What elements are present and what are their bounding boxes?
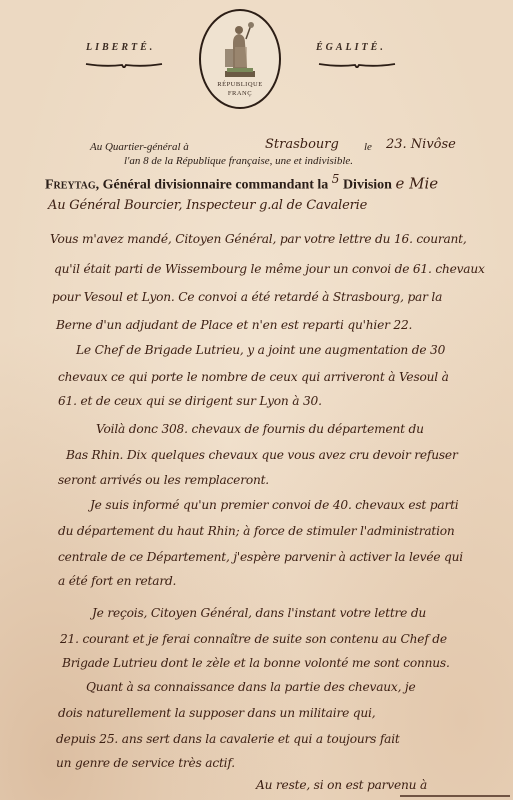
date-prefix: le [364, 141, 372, 153]
letter-line: Voilà donc 308. chevaux de fournis du dé… [96, 422, 424, 436]
letter-line: 61. et de ceux qui se dirigent sur Lyon … [58, 394, 322, 408]
letter-line: Quant à sa connaissance dans la partie d… [86, 680, 416, 694]
motto-egalite: ÉGALITÉ. [316, 42, 386, 53]
letter-line: Vous m'avez mandé, Citoyen Général, par … [50, 232, 467, 246]
republic-seal: RÉPUBLIQUE FRANÇ [199, 9, 281, 109]
republic-year-line: l'an 8 de la République française, une e… [124, 155, 353, 167]
underline-rule [400, 795, 510, 797]
date-value: 23. Nivôse [386, 137, 456, 152]
headquarters-line: Au Quartier-général à Strasbourg le 23. … [90, 141, 189, 153]
division-number: 5 [332, 172, 340, 186]
letter-line: Le Chef de Brigade Lutrieu, y a joint un… [76, 343, 445, 357]
letter-line: dois naturellement la supposer dans un m… [58, 706, 375, 720]
letter-line: depuis 25. ans sert dans la cavalerie et… [56, 732, 400, 746]
flourish-left-icon [85, 62, 163, 68]
author-heading: Freytag, Général divisionnaire commandan… [45, 172, 438, 194]
letter-page: LIBERTÉ. RÉPUBLIQUE FRANÇ ÉGALITÉ. Au Qu… [0, 0, 513, 800]
letter-line: 21. courant et je ferai connaître de sui… [60, 632, 447, 646]
author-name: Freytag [45, 178, 96, 193]
seal-text-republique: RÉPUBLIQUE [201, 81, 279, 88]
letter-line: chevaux ce qui porte le nombre de ceux q… [58, 370, 449, 384]
division-suffix: e Mie [395, 175, 438, 193]
division-word: Division [343, 178, 392, 193]
motto-liberte: LIBERTÉ. [86, 42, 155, 53]
hq-prefix: Au Quartier-général à [90, 141, 189, 153]
letter-line: pour Vesoul et Lyon. Ce convoi a été ret… [52, 290, 442, 304]
letter-line: Bas Rhin. Dix quelques chevaux que vous … [66, 448, 458, 462]
liberty-figure-icon [219, 21, 261, 79]
letter-line: un genre de service très actif. [56, 756, 235, 770]
hq-place: Strasbourg [265, 137, 339, 152]
letter-line: seront arrivés ou les remplaceront. [58, 473, 269, 487]
author-title: , Général divisionnaire commandant la [96, 178, 329, 193]
letter-line: qu'il était parti de Wissembourg le même… [54, 262, 485, 276]
letter-line: Berne d'un adjudant de Place et n'en est… [56, 318, 412, 332]
letter-line: Je suis informé qu'un premier convoi de … [90, 498, 458, 512]
letter-line: Je reçois, Citoyen Général, dans l'insta… [92, 606, 426, 620]
seal-text-franc: FRANÇ [201, 90, 279, 97]
flourish-right-icon [318, 62, 396, 68]
letter-line: Au reste, si on est parvenu à [256, 778, 427, 792]
letter-line: Brigade Lutrieu dont le zèle et la bonne… [62, 656, 450, 670]
letter-line: a été fort en retard. [58, 574, 176, 588]
recipient-line: Au Général Bourcier, Inspecteur g.al de … [48, 198, 367, 213]
letter-line: du département du haut Rhin; à force de … [58, 524, 455, 538]
letter-line: centrale de ce Département, j'espère par… [58, 550, 463, 564]
